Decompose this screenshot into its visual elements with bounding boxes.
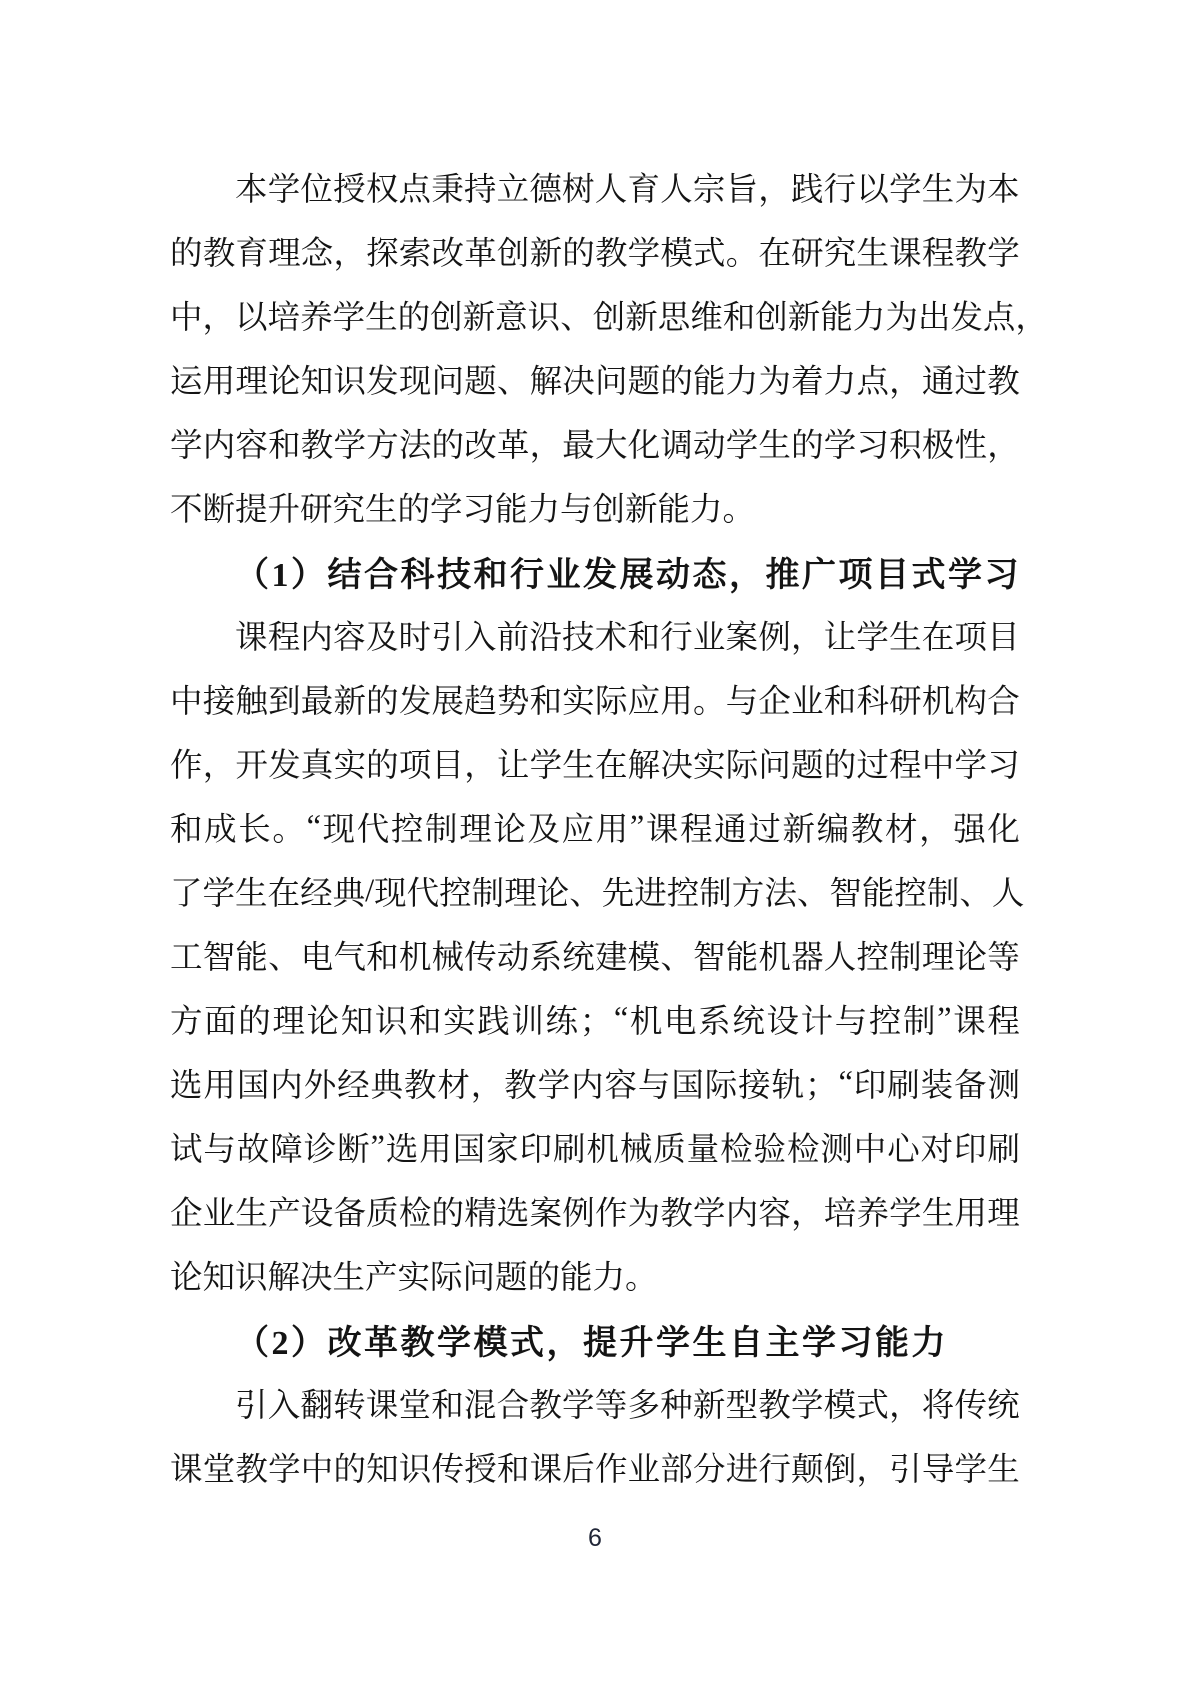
text-line: 本学位授权点秉持立德树人育人宗旨，践行以学生为本 [170,155,1020,219]
text-line: 不断提升研究生的学习能力与创新能力。 [170,475,1020,539]
text-line: 引入翻转课堂和混合教学等多种新型教学模式，将传统 [170,1371,1020,1435]
text-line: 作，开发真实的项目，让学生在解决实际问题的过程中学习 [170,731,1020,795]
text-line: 中接触到最新的发展趋势和实际应用。与企业和科研机构合 [170,667,1020,731]
text-line: 选用国内外经典教材，教学内容与国际接轨；“印刷装备测 [170,1051,1020,1115]
document-body: 本学位授权点秉持立德树人育人宗旨，践行以学生为本的教育理念，探索改革创新的教学模… [170,155,1020,1499]
text-line: 论知识解决生产实际问题的能力。 [170,1243,1020,1307]
section-heading: （1）结合科技和行业发展动态，推广项目式学习 [170,539,1020,603]
text-line: 的教育理念，探索改革创新的教学模式。在研究生课程教学 [170,219,1020,283]
text-line: 企业生产设备质检的精选案例作为教学内容，培养学生用理 [170,1179,1020,1243]
section-heading: （2）改革教学模式，提升学生自主学习能力 [170,1307,1020,1371]
text-line: 课堂教学中的知识传授和课后作业部分进行颠倒，引导学生 [170,1435,1020,1499]
page-footer: 6 [0,1524,1190,1553]
text-line: 工智能、电气和机械传动系统建模、智能机器人控制理论等 [170,923,1020,987]
text-line: 课程内容及时引入前沿技术和行业案例，让学生在项目 [170,603,1020,667]
text-line: 运用理论知识发现问题、解决问题的能力为着力点，通过教 [170,347,1020,411]
text-line: 和成长。“现代控制理论及应用”课程通过新编教材，强化 [170,795,1020,859]
text-line: 了学生在经典/现代控制理论、先进控制方法、智能控制、人 [170,859,1020,923]
text-line: 试与故障诊断”选用国家印刷机械质量检验检测中心对印刷 [170,1115,1020,1179]
document-page: 本学位授权点秉持立德树人育人宗旨，践行以学生为本的教育理念，探索改革创新的教学模… [0,0,1190,1683]
text-line: 学内容和教学方法的改革，最大化调动学生的学习积极性， [170,411,1020,475]
text-line: 方面的理论知识和实践训练；“机电系统设计与控制”课程 [170,987,1020,1051]
page-number: 6 [588,1524,602,1552]
text-line: 中，以培养学生的创新意识、创新思维和创新能力为出发点， [170,283,1020,347]
